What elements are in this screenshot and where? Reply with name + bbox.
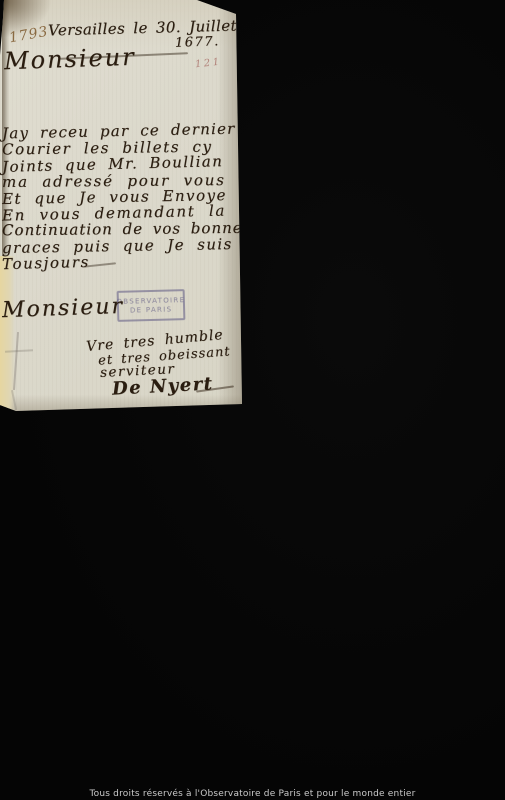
scan-viewport: 1793 Versailles le 30. Juillet 1677. Mon…: [0, 0, 505, 800]
pencil-mark: [5, 349, 33, 352]
ink-stamp: OBSERVATOIRE DE PARIS: [117, 289, 186, 322]
stamp-line-1: OBSERVATOIRE: [116, 296, 185, 306]
folio-number: 121: [194, 57, 222, 71]
copyright-caption: Tous droits réservés à l'Observatoire de…: [0, 789, 505, 799]
signature: De Nyert: [112, 373, 214, 399]
salutation: Monsieur: [4, 43, 137, 76]
body-line: Tousjours: [2, 253, 90, 273]
stamp-line-2: DE PARIS: [130, 305, 173, 314]
paper-scan: 1793 Versailles le 30. Juillet 1677. Mon…: [0, 0, 242, 411]
dateline-year: 1677.: [175, 34, 220, 51]
closing-salutation: Monsieur: [2, 294, 125, 323]
